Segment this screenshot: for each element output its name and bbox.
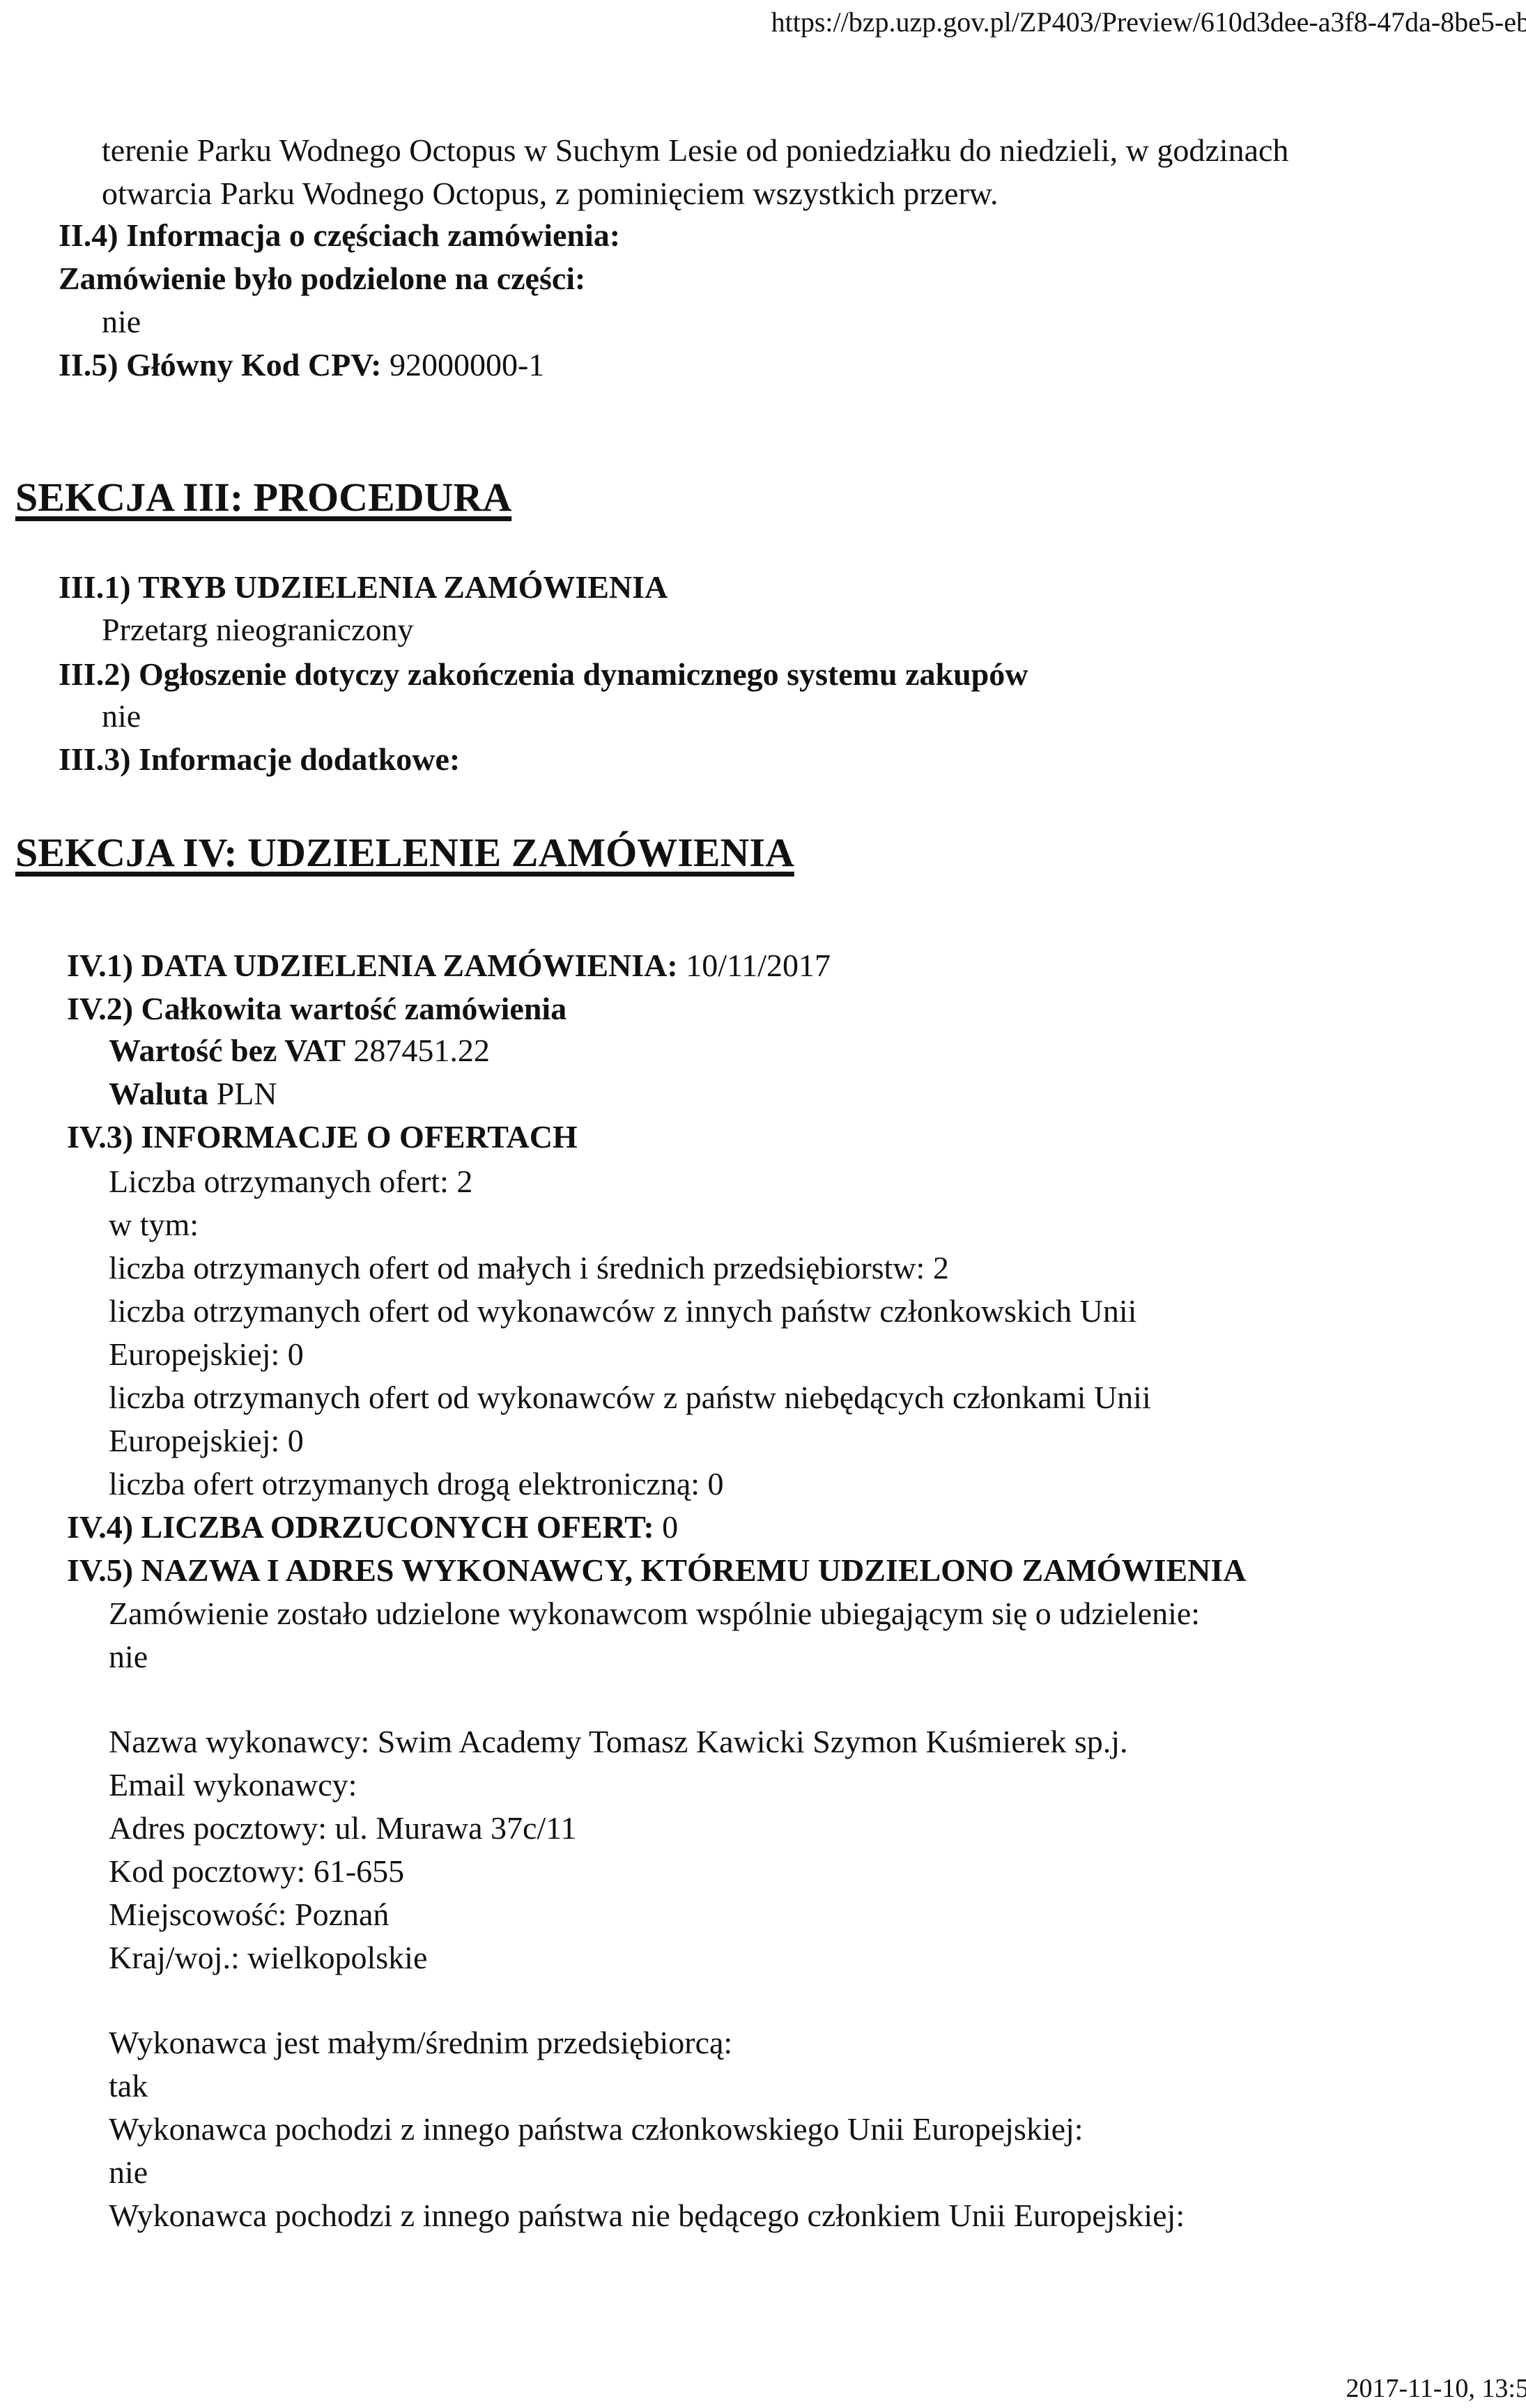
offers-received: Liczba otrzymanych ofert: 2	[109, 1162, 472, 1201]
contractor-email: Email wykonawcy:	[109, 1766, 357, 1805]
iv4-heading: IV.4) LICZBA ODRZUCONYCH OFERT:	[67, 1509, 654, 1545]
sme-value: tak	[109, 2067, 148, 2106]
continuation-line-1: terenie Parku Wodnego Octopus w Suchym L…	[102, 131, 1288, 170]
contractor-name: Nazwa wykonawcy: Swim Academy Tomasz Kaw…	[109, 1722, 1128, 1761]
iv4-row: IV.4) LICZBA ODRZUCONYCH OFERT: 0	[67, 1508, 678, 1547]
page-url: https://bzp.uzp.gov.pl/ZP403/Preview/610…	[771, 6, 1526, 38]
eu-value: nie	[109, 2153, 148, 2192]
iii3-heading: III.3) Informacje dodatkowe:	[59, 740, 460, 779]
offers-including: w tym:	[109, 1205, 199, 1244]
offers-eu-line2: Europejskiej: 0	[109, 1335, 304, 1374]
contractor-city: Miejscowość: Poznań	[109, 1895, 389, 1934]
ii5-heading: II.5) Główny Kod CPV:	[59, 347, 381, 383]
ii4-value: nie	[102, 302, 141, 341]
ii5-value: 92000000-1	[390, 347, 544, 383]
currency-label: Waluta	[109, 1076, 208, 1111]
print-timestamp: 2017-11-10, 13:5	[1346, 2373, 1526, 2404]
joint-question: Zamówienie zostało udzielone wykonawcom …	[109, 1594, 1200, 1633]
contractor-address: Adres pocztowy: ul. Murawa 37c/11	[109, 1809, 577, 1848]
joint-value: nie	[109, 1637, 148, 1676]
iii1-value: Przetarg nieograniczony	[102, 610, 413, 649]
offers-noneu-line1: liczba otrzymanych ofert od wykonawców z…	[109, 1378, 1151, 1417]
continuation-line-2: otwarcia Parku Wodnego Octopus, z pomini…	[102, 174, 999, 213]
contractor-postal-code: Kod pocztowy: 61-655	[109, 1852, 404, 1891]
ii5-row: II.5) Główny Kod CPV: 92000000-1	[59, 346, 544, 385]
iii2-heading: III.2) Ogłoszenie dotyczy zakończenia dy…	[59, 655, 1028, 694]
iv4-value: 0	[662, 1509, 678, 1545]
iv3-heading: IV.3) INFORMACJE O OFERTACH	[67, 1118, 578, 1157]
iv2-heading: IV.2) Całkowita wartość zamówienia	[67, 989, 567, 1028]
iv5-heading: IV.5) NAZWA I ADRES WYKONAWCY, KTÓREMU U…	[67, 1551, 1246, 1590]
section-3-title: SEKCJA III: PROCEDURA	[15, 474, 511, 521]
ii4-heading: II.4) Informacja o częściach zamówienia:	[59, 216, 620, 255]
sme-question: Wykonawca jest małym/średnim przedsiębio…	[109, 2023, 732, 2062]
currency-row: Waluta PLN	[109, 1074, 277, 1113]
iv1-heading: IV.1) DATA UDZIELENIA ZAMÓWIENIA:	[67, 948, 678, 983]
iii1-heading: III.1) TRYB UDZIELENIA ZAMÓWIENIA	[59, 568, 668, 607]
offers-electronic: liczba ofert otrzymanych drogą elektroni…	[109, 1465, 724, 1504]
currency-value: PLN	[217, 1076, 277, 1111]
iv1-row: IV.1) DATA UDZIELENIA ZAMÓWIENIA: 10/11/…	[67, 946, 831, 985]
value-label: Wartość bez VAT	[109, 1033, 346, 1068]
offers-sme: liczba otrzymanych ofert od małych i śre…	[109, 1249, 949, 1288]
ii4-question: Zamówienie było podzielone na części:	[59, 259, 585, 298]
value-row: Wartość bez VAT 287451.22	[109, 1031, 490, 1070]
eu-question: Wykonawca pochodzi z innego państwa czło…	[109, 2110, 1084, 2149]
iv1-value: 10/11/2017	[686, 948, 831, 983]
section-4-title: SEKCJA IV: UDZIELENIE ZAMÓWIENIA	[15, 829, 794, 877]
offers-noneu-line2: Europejskiej: 0	[109, 1421, 304, 1460]
value-amount: 287451.22	[353, 1033, 490, 1068]
noneu-question: Wykonawca pochodzi z innego państwa nie …	[109, 2196, 1185, 2235]
iii2-value: nie	[102, 697, 141, 736]
contractor-region: Kraj/woj.: wielkopolskie	[109, 1938, 427, 1977]
offers-eu-line1: liczba otrzymanych ofert od wykonawców z…	[109, 1292, 1136, 1331]
